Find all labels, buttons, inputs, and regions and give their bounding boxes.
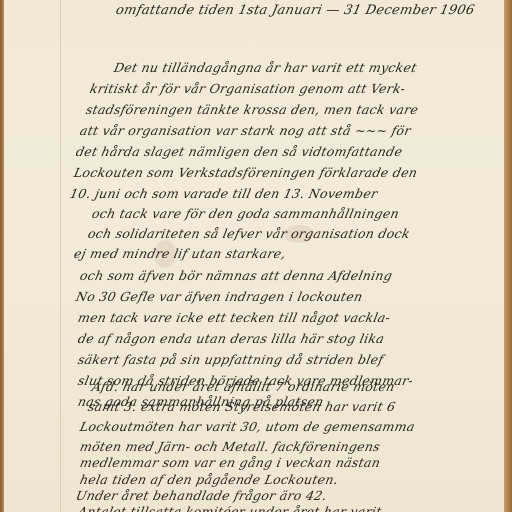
text-line: medlemmar som var en gång i veckan nästa… (79, 457, 382, 470)
wood-edge-right (504, 0, 512, 512)
text-line: samt 3. extra möten Styrelsemöten har va… (87, 401, 397, 414)
text-line: Under året behandlade frågor äro 42. (75, 490, 328, 503)
text-line: Antalet tillsatta komitéer under året ha… (77, 506, 383, 512)
handwritten-text-paragraph-2: Afd. har under året afhållit 7 ordinarie… (64, 0, 504, 512)
text-line: Afd. har under året afhållit 7 ordinarie… (91, 381, 396, 394)
text-line: Lockoutmöten har varit 30, utom de gemen… (79, 421, 416, 434)
scanned-document: omfattande tiden 1sta Januari — 31 Decem… (0, 0, 512, 512)
margin-line (60, 0, 61, 512)
text-line: möten med Järn- och Metall. fackförening… (79, 441, 382, 454)
text-line: hela tiden af den pågående Lockouten. (79, 474, 340, 487)
